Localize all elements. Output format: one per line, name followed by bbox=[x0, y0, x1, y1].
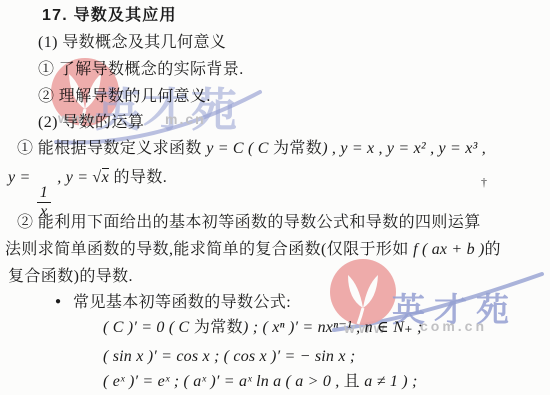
math-run: ) ; ( xⁿ )′ = nxⁿ⁻¹ , n ∈ N₊ ; bbox=[243, 319, 422, 336]
math-run: f ( ax + b ) bbox=[413, 241, 484, 258]
derivative-formula-3: ( eˣ )′ = eˣ ; ( aˣ )′ = aˣ ln a ( a > 0… bbox=[103, 372, 418, 391]
paragraph-2-line-1: ② 能利用下面给出的基本初等函数的导数公式和导数的四则运算 bbox=[17, 213, 481, 232]
text-run: 的 bbox=[485, 241, 501, 258]
radical-sign: √ bbox=[92, 169, 101, 186]
text-run: 为常数 bbox=[189, 319, 243, 336]
logo-petal-left bbox=[348, 275, 363, 308]
item-1-text: ① 了解导数概念的实际背景. bbox=[38, 60, 244, 79]
logo-petal-right bbox=[363, 275, 378, 308]
math-run: y = C ( C bbox=[206, 140, 268, 157]
bullet-line: ●常见基本初等函数的导数公式: bbox=[55, 293, 291, 312]
text-run: ① 能根据导数定义求函数 bbox=[17, 140, 206, 157]
paragraph-2-line-2: 法则求简单函数的导数,能求简单的复合函数(仅限于形如 f ( ax + b )的 bbox=[5, 240, 501, 259]
bullet-text: 常见基本初等函数的导数公式: bbox=[73, 294, 291, 311]
text-run: 的导数. bbox=[109, 169, 167, 186]
logo-circle bbox=[330, 259, 396, 325]
stray-scan-mark: † bbox=[481, 175, 487, 190]
math-run: ) , y = x , y = x² , y = x³ , bbox=[322, 140, 486, 157]
watermark-url-fragment: com.cn bbox=[420, 318, 487, 334]
derivative-formula-2: ( sin x )′ = cos x ; ( cos x )′ = − sin … bbox=[103, 347, 355, 366]
item-2-text: ② 理解导数的几何意义. bbox=[38, 87, 211, 106]
section-1-heading: (1) 导数概念及其几何意义 bbox=[38, 33, 226, 52]
text-run: 法则求简单函数的导数,能求简单的复合函数(仅限于形如 bbox=[5, 241, 413, 258]
paragraph-1-line-1: ① 能根据导数定义求函数 y = C ( C 为常数) , y = x , y … bbox=[17, 139, 486, 158]
fraction-numerator: 1 bbox=[37, 184, 51, 202]
bullet-icon: ● bbox=[55, 296, 61, 307]
watermark-url-fragment: m.cn bbox=[165, 111, 206, 127]
square-root-x: √x bbox=[92, 168, 109, 186]
math-run: a ≠ 1 ) ; bbox=[360, 373, 417, 390]
text-run: 为常数 bbox=[269, 140, 323, 157]
math-run: y = bbox=[8, 169, 35, 186]
math-run: , y = bbox=[53, 169, 92, 186]
section-2-heading: (2) 导数的运算 bbox=[38, 113, 144, 132]
paragraph-2-line-3: 复合函数)的导数. bbox=[8, 267, 133, 286]
document-page: 英才苑 www m.cn 英才苑 www com.cn 17. 导数及其应用 (… bbox=[0, 0, 550, 395]
page-title: 17. 导数及其应用 bbox=[42, 6, 177, 25]
math-run: ( C )′ = 0 ( C bbox=[103, 319, 189, 336]
derivative-formula-1: ( C )′ = 0 ( C 为常数) ; ( xⁿ )′ = nxⁿ⁻¹ , … bbox=[103, 318, 422, 337]
text-run: 且 bbox=[344, 373, 360, 390]
radicand: x bbox=[102, 168, 110, 186]
math-run: ( eˣ )′ = eˣ ; ( aˣ )′ = aˣ ln a ( a > 0… bbox=[103, 373, 344, 390]
